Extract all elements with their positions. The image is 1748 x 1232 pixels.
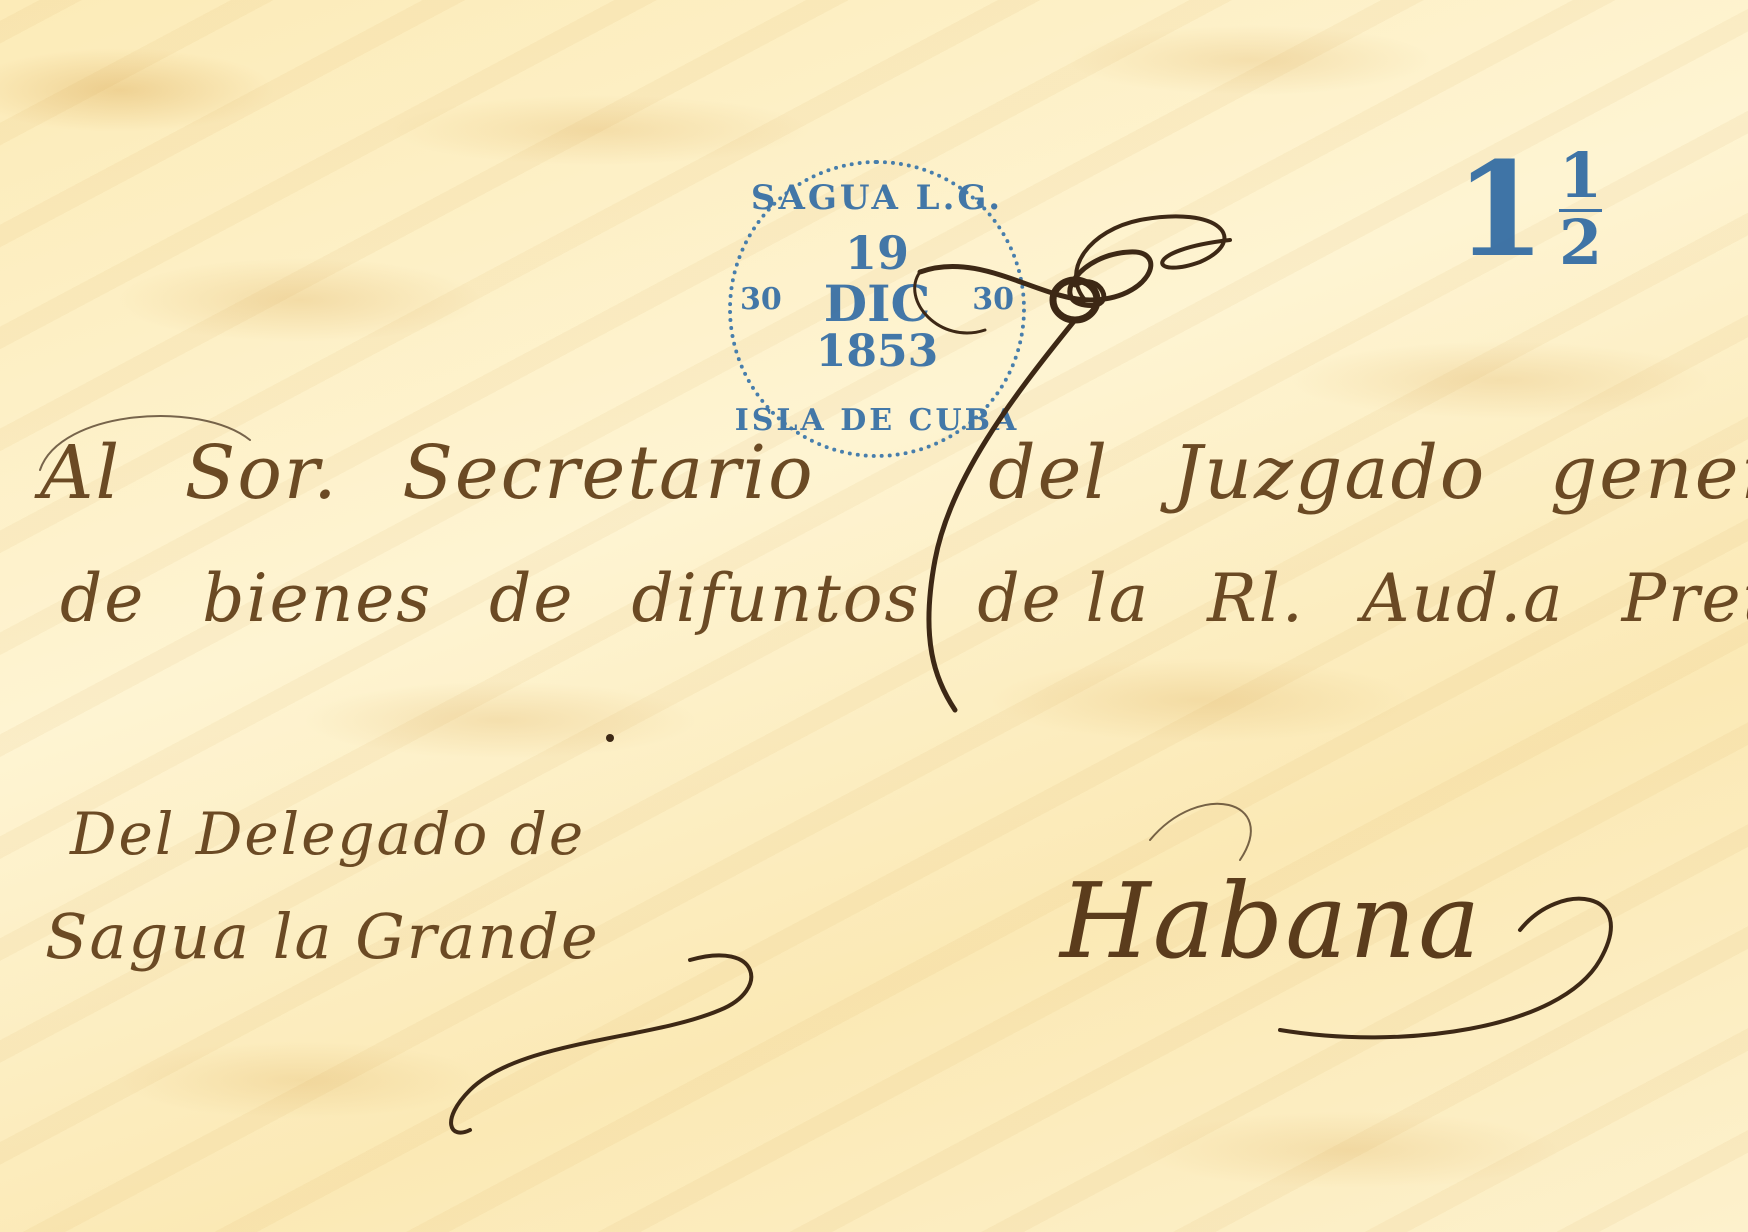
address-word: general xyxy=(1550,430,1748,516)
address-line-2: de bienes de difuntos de la Rl. Aud.a Pr… xyxy=(60,560,1748,637)
sender-line-1: Del Delegado de xyxy=(70,800,585,868)
address-word: Aud.a xyxy=(1362,560,1565,637)
address-word: bienes xyxy=(202,560,432,637)
address-word: difuntos xyxy=(631,560,920,637)
address-word: del xyxy=(988,430,1109,516)
postal-cover: SAGUA L.G. 30 30 19 DIC 1853 ISLA DE CUB… xyxy=(0,0,1748,1232)
address-line-1: Al Sor. Secretario del Juzgado general xyxy=(40,430,1748,516)
address-word: de xyxy=(489,560,574,637)
address-word: de la xyxy=(977,560,1150,637)
sender-line-2: Sagua la Grande xyxy=(45,900,600,973)
address-word: Rl. xyxy=(1207,560,1305,637)
address-word: Secretario xyxy=(402,430,815,516)
address-word: Al xyxy=(40,430,121,516)
address-word: Sor. xyxy=(185,430,339,516)
address-word: de xyxy=(60,560,145,637)
address-word: Pretorial xyxy=(1622,560,1748,637)
destination-city: Habana xyxy=(1060,860,1482,982)
address-word: Juzgado xyxy=(1173,430,1487,516)
